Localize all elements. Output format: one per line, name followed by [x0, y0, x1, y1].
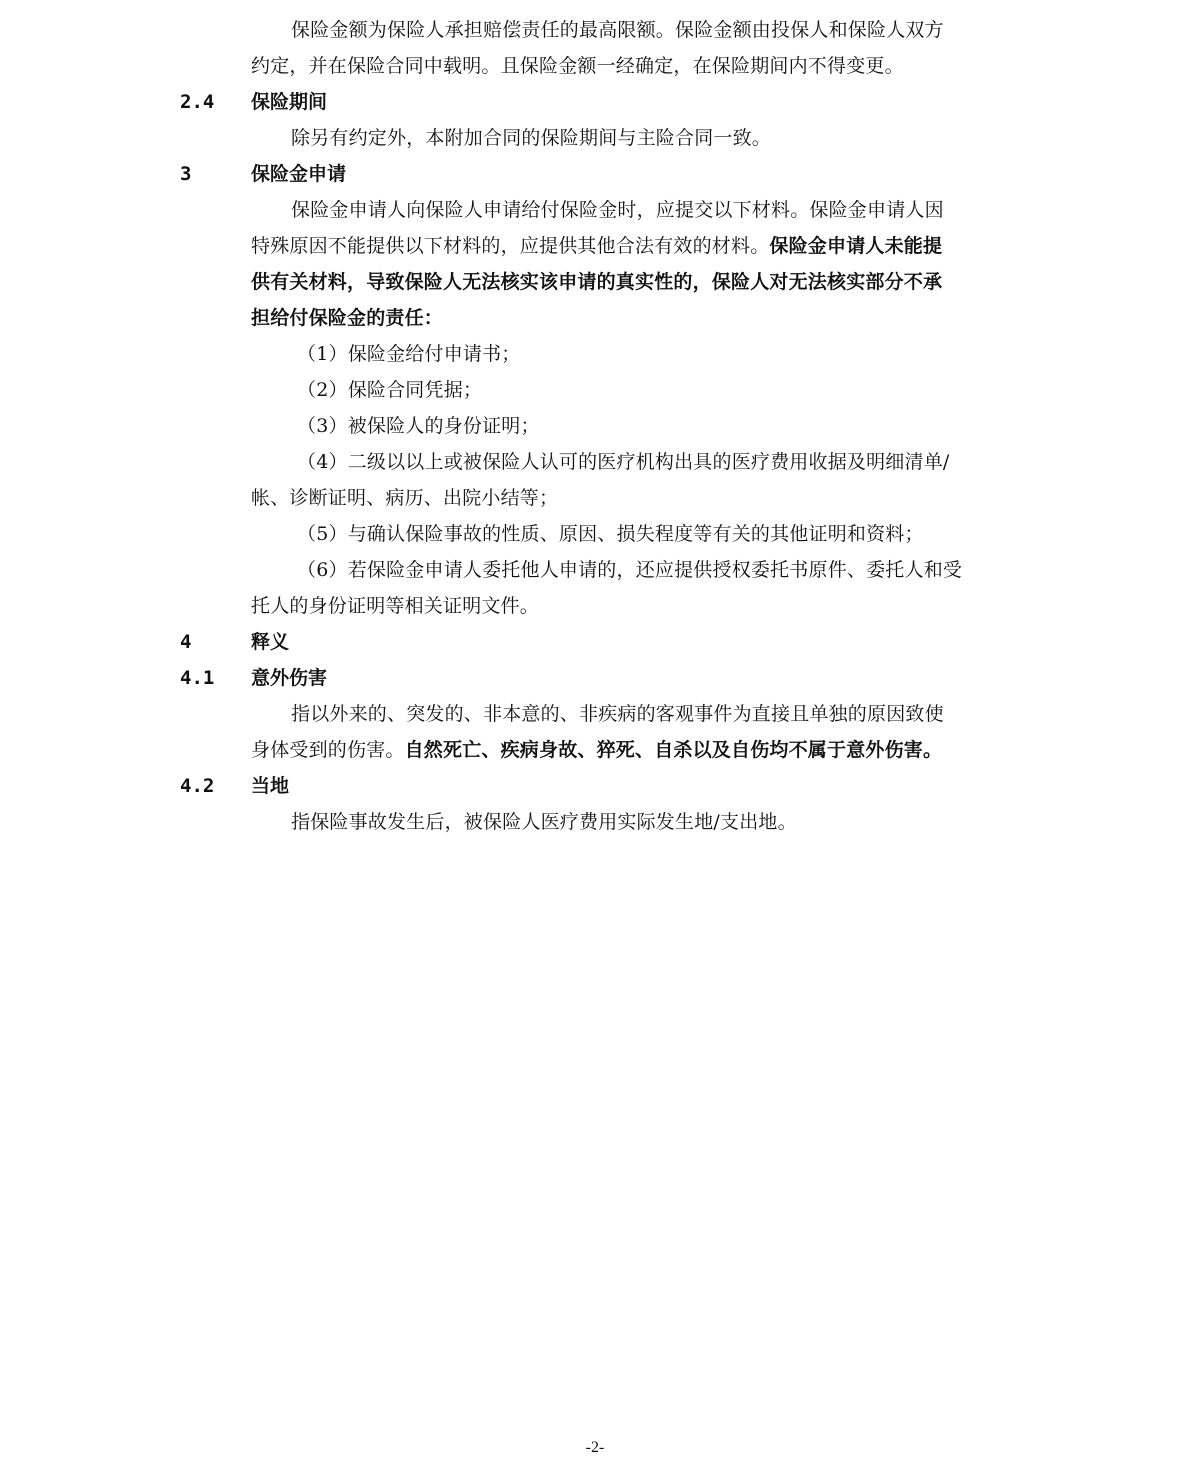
section-3-intro-line-2: 特殊原因不能提供以下材料的，应提供其他合法有效的材料。保险金申请人未能提 [251, 234, 1013, 258]
list-item-6-line-2: 托人的身份证明等相关证明文件。 [251, 594, 1013, 618]
list-item-4-line-1: （4）二级以以上或被保险人认可的医疗机构出具的医疗费用收据及明细清单/ [297, 450, 1059, 474]
section-3-intro-line-2-normal: 特殊原因不能提供以下材料的，应提供其他合法有效的材料。 [251, 235, 769, 257]
section-number-4: 4 [180, 630, 191, 654]
section-4-1-line-2-bold: 自然死亡、疾病身故、猝死、自杀以及自伤均不属于意外伤害。 [405, 739, 943, 761]
section-title-4: 释义 [251, 630, 289, 654]
list-item-2: （2）保险合同凭据； [297, 378, 1059, 402]
section-4-1-line-1: 指以外来的、突发的、非本意的、非疾病的客观事件为直接且单独的原因致使 [291, 702, 1053, 726]
page-number: -2- [0, 1438, 1190, 1458]
section-title-4-2: 当地 [251, 774, 289, 798]
section-title-3: 保险金申请 [251, 162, 346, 186]
paragraph-sum-insured-line-1: 保险金额为保险人承担赔偿责任的最高限额。保险金额由投保人和保险人双方 [291, 18, 1053, 42]
section-3-intro-line-1: 保险金申请人向保险人申请给付保险金时，应提交以下材料。保险金申请人因 [291, 198, 1053, 222]
list-item-1: （1）保险金给付申请书； [297, 342, 1059, 366]
section-number-4-2: 4.2 [180, 774, 214, 798]
section-3-intro-line-2-bold: 保险金申请人未能提 [769, 235, 942, 257]
section-number-2-4: 2.4 [180, 90, 214, 114]
section-number-3: 3 [180, 162, 191, 186]
section-3-intro-line-3: 供有关材料，导致保险人无法核实该申请的真实性的，保险人对无法核实部分不承 [251, 270, 1013, 294]
section-number-4-1: 4.1 [180, 666, 214, 690]
section-4-2-body: 指保险事故发生后，被保险人医疗费用实际发生地/支出地。 [291, 810, 1053, 834]
section-2-4-body: 除另有约定外，本附加合同的保险期间与主险合同一致。 [291, 126, 1053, 150]
section-3-intro-line-4: 担给付保险金的责任： [251, 306, 1013, 330]
section-4-1-line-2-normal: 身体受到的伤害。 [251, 739, 405, 761]
list-item-5: （5）与确认保险事故的性质、原因、损失程度等有关的其他证明和资料； [297, 522, 1059, 546]
section-title-4-1: 意外伤害 [251, 666, 327, 690]
section-title-2-4: 保险期间 [251, 90, 327, 114]
list-item-6-line-1: （6）若保险金申请人委托他人申请的，还应提供授权委托书原件、委托人和受 [297, 558, 1059, 582]
section-4-1-line-2: 身体受到的伤害。自然死亡、疾病身故、猝死、自杀以及自伤均不属于意外伤害。 [251, 738, 1013, 762]
list-item-4-line-2: 帐、诊断证明、病历、出院小结等； [251, 486, 1013, 510]
document-page: 保险金额为保险人承担赔偿责任的最高限额。保险金额由投保人和保险人双方 约定，并在… [0, 0, 1190, 1476]
paragraph-sum-insured-line-2: 约定，并在保险合同中载明。且保险金额一经确定，在保险期间内不得变更。 [251, 54, 1013, 78]
list-item-3: （3）被保险人的身份证明； [297, 414, 1059, 438]
